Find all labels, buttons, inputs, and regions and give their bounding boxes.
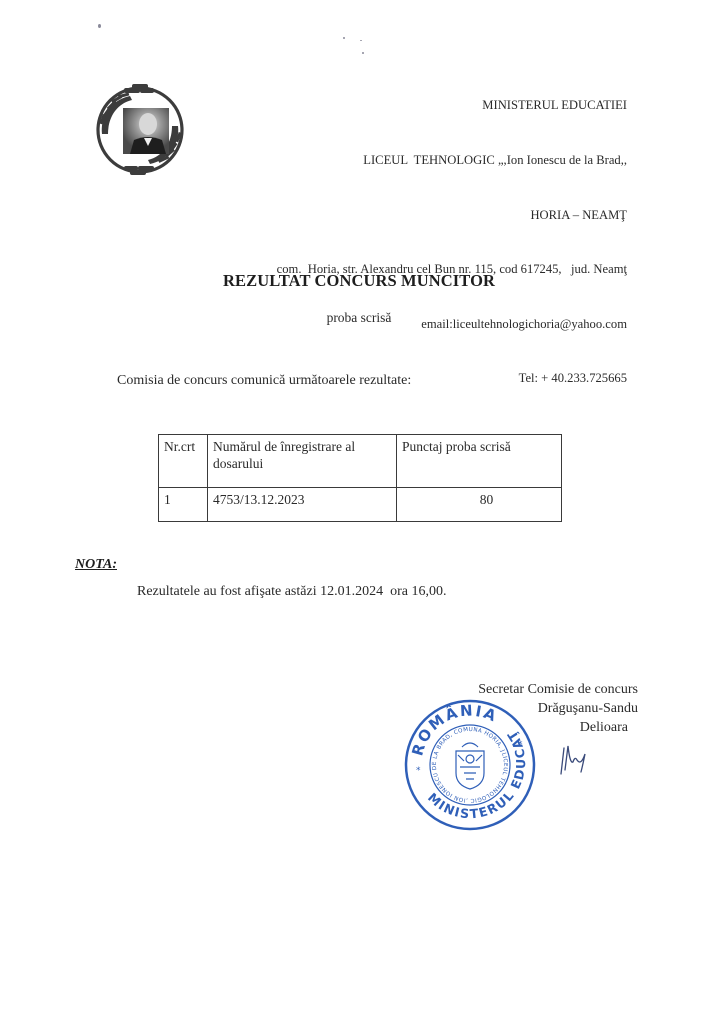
coat-of-arms-icon xyxy=(456,743,484,789)
note-label: NOTA: xyxy=(75,557,117,573)
letterhead: MINISTERUL EDUCATIEI LICEUL TEHNOLOGIC „… xyxy=(277,60,627,406)
scan-speck xyxy=(360,40,362,41)
signature-scribble-icon xyxy=(555,740,595,780)
official-stamp: ROMÂNIA MINISTERUL EDUCAŢIEI LICEUL TEHN… xyxy=(402,697,538,833)
cell-score: 80 xyxy=(397,488,562,522)
column-header-registration: Numărul de înregistrare al dosarului xyxy=(208,435,397,488)
handwritten-signature xyxy=(555,740,595,780)
results-table: Nr.crt Numărul de înregistrare al dosaru… xyxy=(158,434,562,522)
table-row: 1 4753/13.12.2023 80 xyxy=(159,488,562,522)
school-logo-portrait-wreath-icon xyxy=(88,80,192,180)
column-header-nr: Nr.crt xyxy=(159,435,208,488)
document-subtitle: proba scrisă xyxy=(0,310,718,326)
cell-registration: 4753/13.12.2023 xyxy=(208,488,397,522)
intro-paragraph: Comisia de concurs comunică următoarele … xyxy=(117,373,411,389)
scan-speck xyxy=(362,52,364,54)
scan-speck xyxy=(343,37,345,39)
svg-text:*: * xyxy=(416,766,421,776)
locality: HORIA – NEAMŢ xyxy=(277,206,627,224)
school-name: LICEUL TEHNOLOGIC „,Ion Ionescu de la Br… xyxy=(277,151,627,169)
document-title: REZULTAT CONCURS MUNCITOR xyxy=(0,271,718,291)
table-header-row: Nr.crt Numărul de înregistrare al dosaru… xyxy=(159,435,562,488)
school-logo xyxy=(88,80,192,180)
scan-speck xyxy=(98,24,101,28)
document-title-text: REZULTAT CONCURS MUNCITOR xyxy=(223,271,495,290)
svg-text:ROMÂNIA: ROMÂNIA xyxy=(408,701,500,757)
ministry-name: MINISTERUL EDUCATIEI xyxy=(277,96,627,114)
column-header-score: Punctaj proba scrisă xyxy=(397,435,562,488)
svg-text:*: * xyxy=(518,740,523,750)
stamp-top-text: ROMÂNIA xyxy=(408,701,500,757)
official-stamp-seal-icon: ROMÂNIA MINISTERUL EDUCAŢIEI LICEUL TEHN… xyxy=(402,697,538,833)
note-text: Rezultatele au fost afişate astăzi 12.01… xyxy=(137,584,446,600)
cell-nr: 1 xyxy=(159,488,208,522)
